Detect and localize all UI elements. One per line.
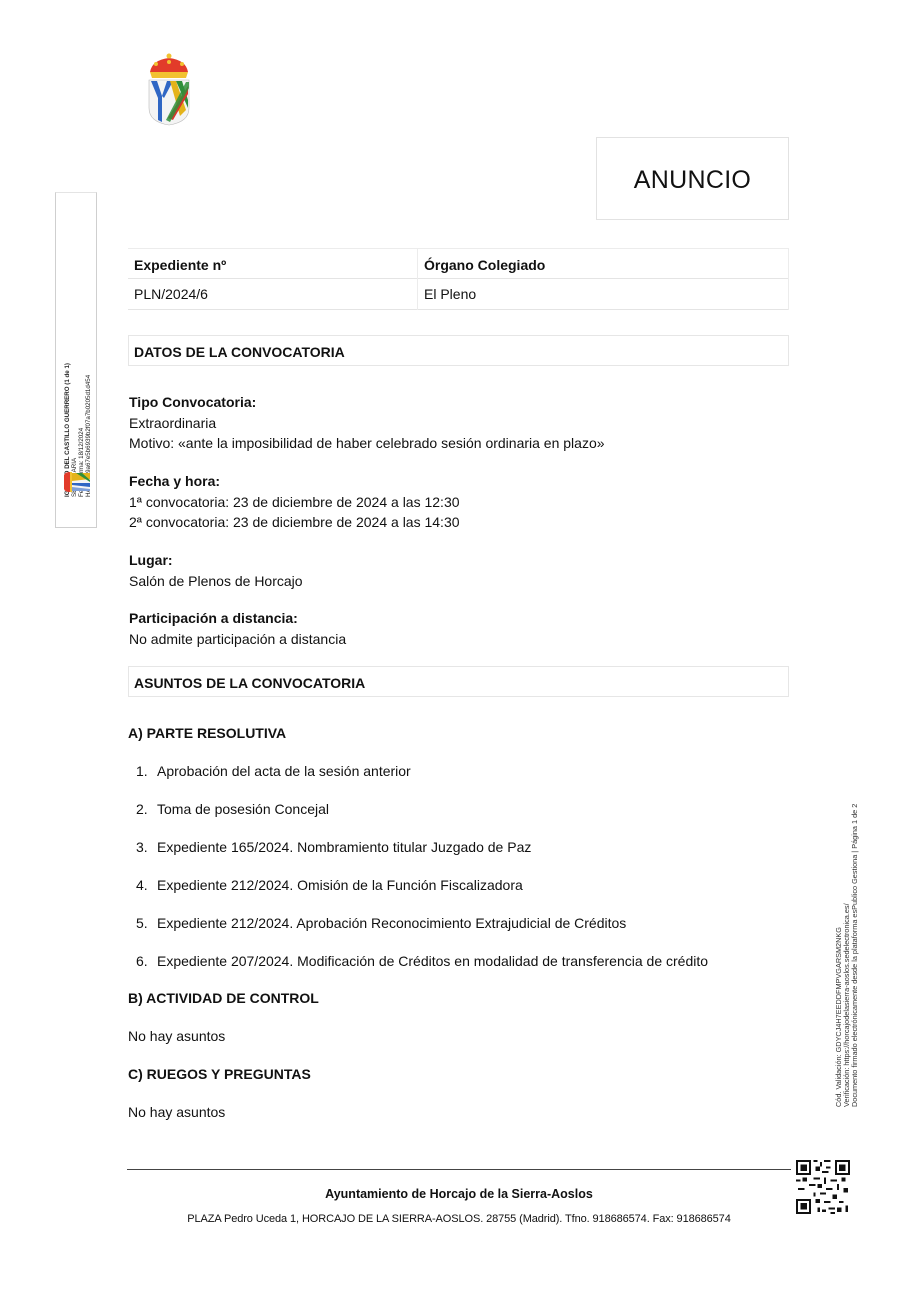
parte-resolutiva-title: A) PARTE RESOLUTIVA <box>128 725 286 741</box>
expediente-value: PLN/2024/6 <box>128 279 418 310</box>
agenda-item-text: Expediente 207/2024. Modificación de Cré… <box>157 953 708 969</box>
agenda-item-text: Expediente 212/2024. Omisión de la Funci… <box>157 877 523 893</box>
agenda-item-number: 1. <box>136 763 157 779</box>
agenda-item: 1.Aprobación del acta de la sesión anter… <box>136 763 411 779</box>
municipal-coat-of-arms-icon <box>146 50 192 126</box>
expediente-table: Expediente nº Órgano Colegiado PLN/2024/… <box>128 248 789 310</box>
fecha-primera: 1ª convocatoria: 23 de diciembre de 2024… <box>129 494 460 510</box>
agenda-item-number: 4. <box>136 877 157 893</box>
tipo-value: Extraordinaria <box>129 415 216 431</box>
tipo-label: Tipo Convocatoria: <box>129 394 256 410</box>
signature-strip: IGNACIO DEL CASTILLO GUERRERO (1 de 1) S… <box>55 192 97 528</box>
fecha-label: Fecha y hora: <box>129 473 220 489</box>
document-title: ANUNCIO <box>597 166 788 195</box>
organo-header: Órgano Colegiado <box>418 248 789 279</box>
agenda-item-number: 6. <box>136 953 157 969</box>
sign-date: Fecha Firma: 18/12/2024 <box>78 197 85 497</box>
table-divider <box>417 248 418 310</box>
ruegos-preguntas-title: C) RUEGOS Y PREGUNTAS <box>128 1066 311 1082</box>
organo-value: El Pleno <box>418 279 789 310</box>
agenda-item: 3.Expediente 165/2024. Nombramiento titu… <box>136 839 531 855</box>
footer-address: PLAZA Pedro Uceda 1, HORCAJO DE LA SIERR… <box>0 1213 918 1225</box>
footer-divider <box>127 1169 791 1170</box>
agenda-item: 4.Expediente 212/2024. Omisión de la Fun… <box>136 877 523 893</box>
table-border <box>788 248 789 310</box>
agenda-item-number: 3. <box>136 839 157 855</box>
agenda-item-text: Expediente 212/2024. Aprobación Reconoci… <box>157 915 626 931</box>
expediente-header: Expediente nº <box>128 248 418 279</box>
actividad-control-value: No hay asuntos <box>128 1028 225 1044</box>
signer-name: IGNACIO DEL CASTILLO GUERRERO (1 de 1) <box>64 197 71 497</box>
agenda-item: 2.Toma de posesión Concejal <box>136 801 329 817</box>
agenda-item-number: 5. <box>136 915 157 931</box>
lugar-value: Salón de Plenos de Horcajo <box>129 573 303 589</box>
actividad-control-title: B) ACTIVIDAD DE CONTROL <box>128 990 319 1006</box>
verification-text: Cód. Validación: GDYCJ4H7EEDDFMPVGARSM2N… <box>835 827 859 1107</box>
lugar-label: Lugar: <box>129 552 173 568</box>
agenda-item: 6.Expediente 207/2024. Modificación de C… <box>136 953 708 969</box>
participacion-value: No admite participación a distancia <box>129 631 346 647</box>
agenda-item-text: Toma de posesión Concejal <box>157 801 329 817</box>
datos-section-header: DATOS DE LA CONVOCATORIA <box>128 335 789 366</box>
agenda-item: 5.Expediente 212/2024. Aprobación Recono… <box>136 915 626 931</box>
agenda-item-text: Expediente 165/2024. Nombramiento titula… <box>157 839 531 855</box>
signer-role: SECRETARIA <box>71 197 78 497</box>
asuntos-section-header: ASUNTOS DE LA CONVOCATORIA <box>128 666 789 697</box>
signature-text: IGNACIO DEL CASTILLO GUERRERO (1 de 1) S… <box>64 197 92 497</box>
document-type-box: ANUNCIO <box>596 137 789 220</box>
agenda-item-number: 2. <box>136 801 157 817</box>
coat-of-arms-seal-icon <box>62 471 92 493</box>
motivo-text: Motivo: «ante la imposibilidad de haber … <box>129 435 605 451</box>
fecha-segunda: 2ª convocatoria: 23 de diciembre de 2024… <box>129 514 460 530</box>
footer-organization: Ayuntamiento de Horcajo de la Sierra-Aos… <box>0 1187 918 1201</box>
participacion-label: Participación a distancia: <box>129 610 298 626</box>
signature-platform-note: Documento firmado electrónicamente desde… <box>851 827 859 1107</box>
agenda-item-text: Aprobación del acta de la sesión anterio… <box>157 763 411 779</box>
signature-hash: HASH: 79a67e5b6939b2f07a7b0205d1d454 <box>85 197 92 497</box>
ruegos-preguntas-value: No hay asuntos <box>128 1104 225 1120</box>
